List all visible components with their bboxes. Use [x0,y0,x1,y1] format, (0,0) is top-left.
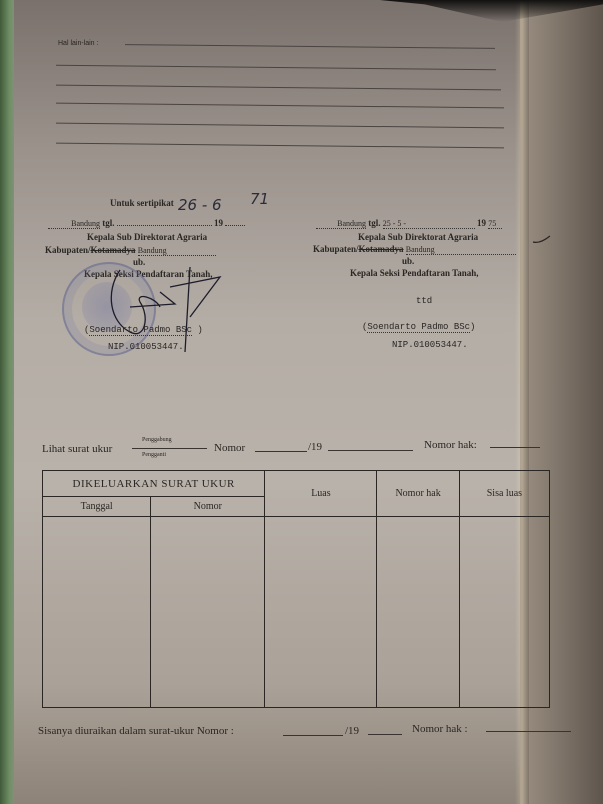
cell-nomor-hak[interactable] [377,517,459,708]
place-field: Bandung [48,219,100,229]
handwritten-year: 71 [250,190,269,208]
cell-tanggal[interactable] [43,517,151,708]
certificate-heading: Untuk sertipikat [110,198,174,208]
nomor-hak-field [490,447,540,448]
ub-label: ub. [402,256,414,266]
title-line-1: Kepala Sub Direktorat Agraria [358,232,478,242]
cell-sisa-luas[interactable] [459,517,549,708]
option-replacement: Pengganti [142,452,166,458]
year-prefix: 19 [477,218,486,228]
signatory-name: Soendarto Padmo BSc [367,322,470,333]
tgl-label: tgl. [102,218,114,228]
year-separator: /19 [345,725,359,737]
kabupaten-value: Bandung [138,246,216,256]
year-field [328,450,413,451]
year-value: 75 [488,219,502,229]
handwritten-date: 26 - 6 [178,196,222,214]
nomor-field [255,451,307,452]
kabupaten-label: Kabupaten/ [45,245,91,255]
cell-luas[interactable] [265,517,377,708]
option-divider [132,448,207,449]
signatory-name: Soendarto Padmo BSc [89,325,192,336]
survey-table: DIKELUARKAN SURAT UKUR Luas Nomor hak Si… [42,470,550,708]
kotamadya-struck: Kotamadya [359,244,404,254]
kabupaten-value: Bandung [406,245,516,255]
year-prefix: 19 [214,218,223,228]
other-matters-label: Hal lain-lain : [58,40,98,47]
kotamadya-struck: Kotamadya [91,245,136,255]
date-value: 25 - 5 - [383,219,475,229]
col-header-nomor: Nomor [151,497,265,517]
col-header-sisa-luas: Sisa luas [459,471,549,517]
title-line-3: Kepala Seksi Pendaftaran Tanah, [350,268,479,278]
remainder-nomor-hak-field [486,731,571,732]
col-header-luas: Luas [265,471,377,517]
remainder-year-field [368,734,402,735]
date-dots [117,225,212,226]
col-header-nomor-hak: Nomor hak [377,471,459,517]
signatory-nip: NIP.010053447. [108,342,184,352]
nomor-hak-label: Nomor hak: [424,439,477,451]
see-survey-label: Lihat surat ukur [42,443,112,455]
group-header: DIKELUARKAN SURAT UKUR [43,471,265,497]
title-line-1: Kepala Sub Direktorat Agraria [87,232,207,242]
check-mark [532,234,552,246]
paren-close: ) [470,322,475,332]
tgl-label: tgl. [368,218,380,228]
kabupaten-label: Kabupaten/ [313,244,359,254]
nomor-hak-label: Nomor hak : [412,723,468,735]
nomor-label: Nomor [214,442,245,454]
table-row [43,517,550,708]
cell-nomor[interactable] [151,517,265,708]
signatory-nip: NIP.010053447. [392,340,468,350]
col-header-tanggal: Tanggal [43,497,151,517]
place-field: Bandung [316,219,366,229]
remainder-nomor-field [283,735,343,736]
ttd-label: ttd [416,296,432,306]
year-dots [225,225,245,226]
year-separator: /19 [308,441,322,453]
paren-close: ) [192,325,203,335]
remainder-label: Sisanya diuraikan dalam surat-ukur Nomor… [38,725,234,737]
option-merger: Penggabung [142,437,172,443]
